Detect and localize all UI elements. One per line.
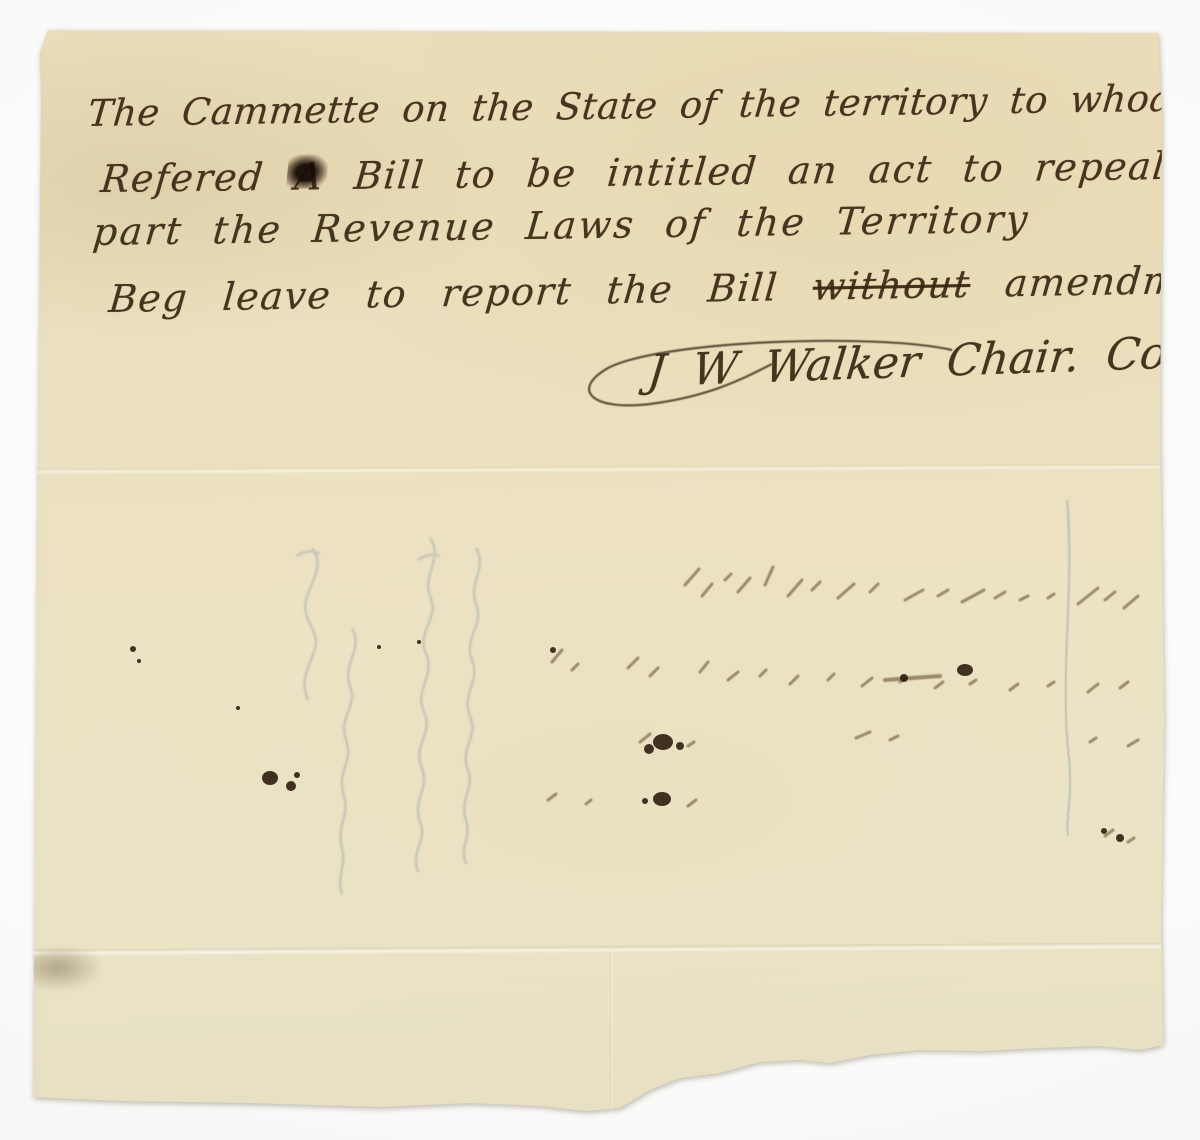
line2-text-end: Bill to be intitled an act to repeal in	[322, 143, 1200, 198]
blue-crease-line	[1066, 500, 1071, 836]
manuscript-line-1: The Cammette on the State of the territo…	[86, 75, 1200, 135]
line2-text-start: Refered	[99, 155, 297, 201]
line4-text-end: amendm	[969, 258, 1182, 306]
struck-word: without	[811, 262, 972, 309]
manuscript-line-3: part the Revenue Laws of the Territory	[91, 197, 1032, 254]
superscript-letter: t	[1180, 260, 1191, 285]
ink-transfer-smudges	[548, 567, 1138, 842]
paper-sheet: The Cammette on the State of the territo…	[0, 0, 1200, 1140]
edge-smudge	[26, 948, 104, 992]
vertical-crease	[610, 948, 613, 1110]
signature: J W Walker Chair. Com	[645, 326, 1200, 397]
line4-text-start: Beg leave to report the Bill	[107, 265, 815, 321]
document-paper: The Cammette on the State of the territo…	[0, 0, 1200, 1140]
manuscript-line-4: Beg leave to report the Bill without ame…	[107, 258, 1191, 321]
manuscript-line-2: Refered A Bill to be intitled an act to …	[99, 143, 1200, 201]
bleedthrough-writing	[296, 538, 480, 894]
fold-crease-lower	[0, 942, 1200, 956]
scan-background: The Cammette on the State of the territo…	[0, 0, 1200, 1140]
fold-crease-upper	[0, 463, 1200, 474]
ink-blot-letter: A	[293, 154, 326, 198]
ink-spots	[130, 640, 1124, 842]
